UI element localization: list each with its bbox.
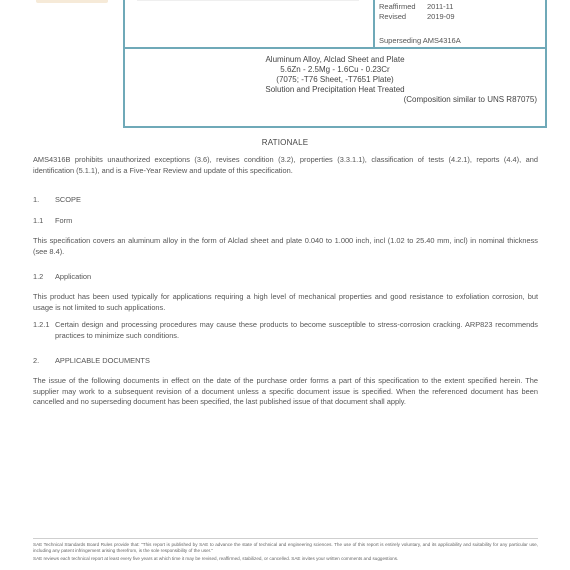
section-number: 1. (33, 195, 55, 204)
header-title-block: Aluminum Alloy, Alclad Sheet and Plate 5… (125, 49, 545, 126)
section-1-2-1: 1.2.1 Certain design and processing proc… (33, 320, 538, 341)
title-line: Solution and Precipitation Heat Treated (125, 85, 545, 95)
section-title: Application (55, 272, 91, 281)
section-number: 1.2.1 (33, 320, 55, 341)
footer-divider (33, 538, 538, 539)
title-line: 5.6Zn - 2.5Mg - 1.6Cu - 0.23Cr (125, 65, 545, 75)
document-header-box: Reaffirmed 2011-11 Revised 2019-09 Super… (123, 0, 547, 128)
header-meta-cell: Reaffirmed 2011-11 Revised 2019-09 Super… (379, 0, 539, 47)
section-text: Certain design and processing procedures… (55, 320, 538, 341)
section-2-text: The issue of the following documents in … (33, 376, 538, 408)
section-1-2-text: This product has been used typically for… (33, 292, 538, 313)
section-title: SCOPE (55, 195, 81, 204)
footer-review-note: SAE reviews each technical report at lea… (33, 556, 538, 562)
reaffirmed-label: Reaffirmed (379, 2, 427, 11)
rationale-text: AMS4316B prohibits unauthorized exceptio… (33, 155, 538, 176)
document-number-title (137, 0, 359, 1)
header-top-row: Reaffirmed 2011-11 Revised 2019-09 Super… (125, 0, 545, 49)
section-number: 2. (33, 356, 55, 365)
superseding-note: Superseding AMS4316A (379, 36, 461, 45)
revised-row: Revised 2019-09 (379, 12, 455, 21)
section-title: Form (55, 216, 72, 225)
reaffirmed-row: Reaffirmed 2011-11 (379, 2, 453, 11)
section-1-1-heading: 1.1Form (33, 216, 72, 225)
section-1-heading: 1.SCOPE (33, 195, 81, 204)
composition-note: (Composition similar to UNS R87075) (125, 95, 545, 105)
rationale-heading: RATIONALE (0, 138, 570, 147)
revised-date: 2019-09 (427, 12, 455, 21)
section-number: 1.2 (33, 272, 55, 281)
sae-logo (36, 0, 108, 3)
section-2-heading: 2.APPLICABLE DOCUMENTS (33, 356, 150, 365)
section-1-1-text: This specification covers an aluminum al… (33, 236, 538, 257)
header-title-cell (125, 0, 375, 47)
revised-label: Revised (379, 12, 427, 21)
reaffirmed-date: 2011-11 (427, 2, 453, 11)
footer-disclaimer: SAE Technical Standards Board Rules prov… (33, 542, 538, 554)
section-1-2-heading: 1.2Application (33, 272, 91, 281)
title-line: (7075; -T76 Sheet, -T7651 Plate) (125, 75, 545, 85)
title-line: Aluminum Alloy, Alclad Sheet and Plate (125, 55, 545, 65)
section-title: APPLICABLE DOCUMENTS (55, 356, 150, 365)
section-number: 1.1 (33, 216, 55, 225)
